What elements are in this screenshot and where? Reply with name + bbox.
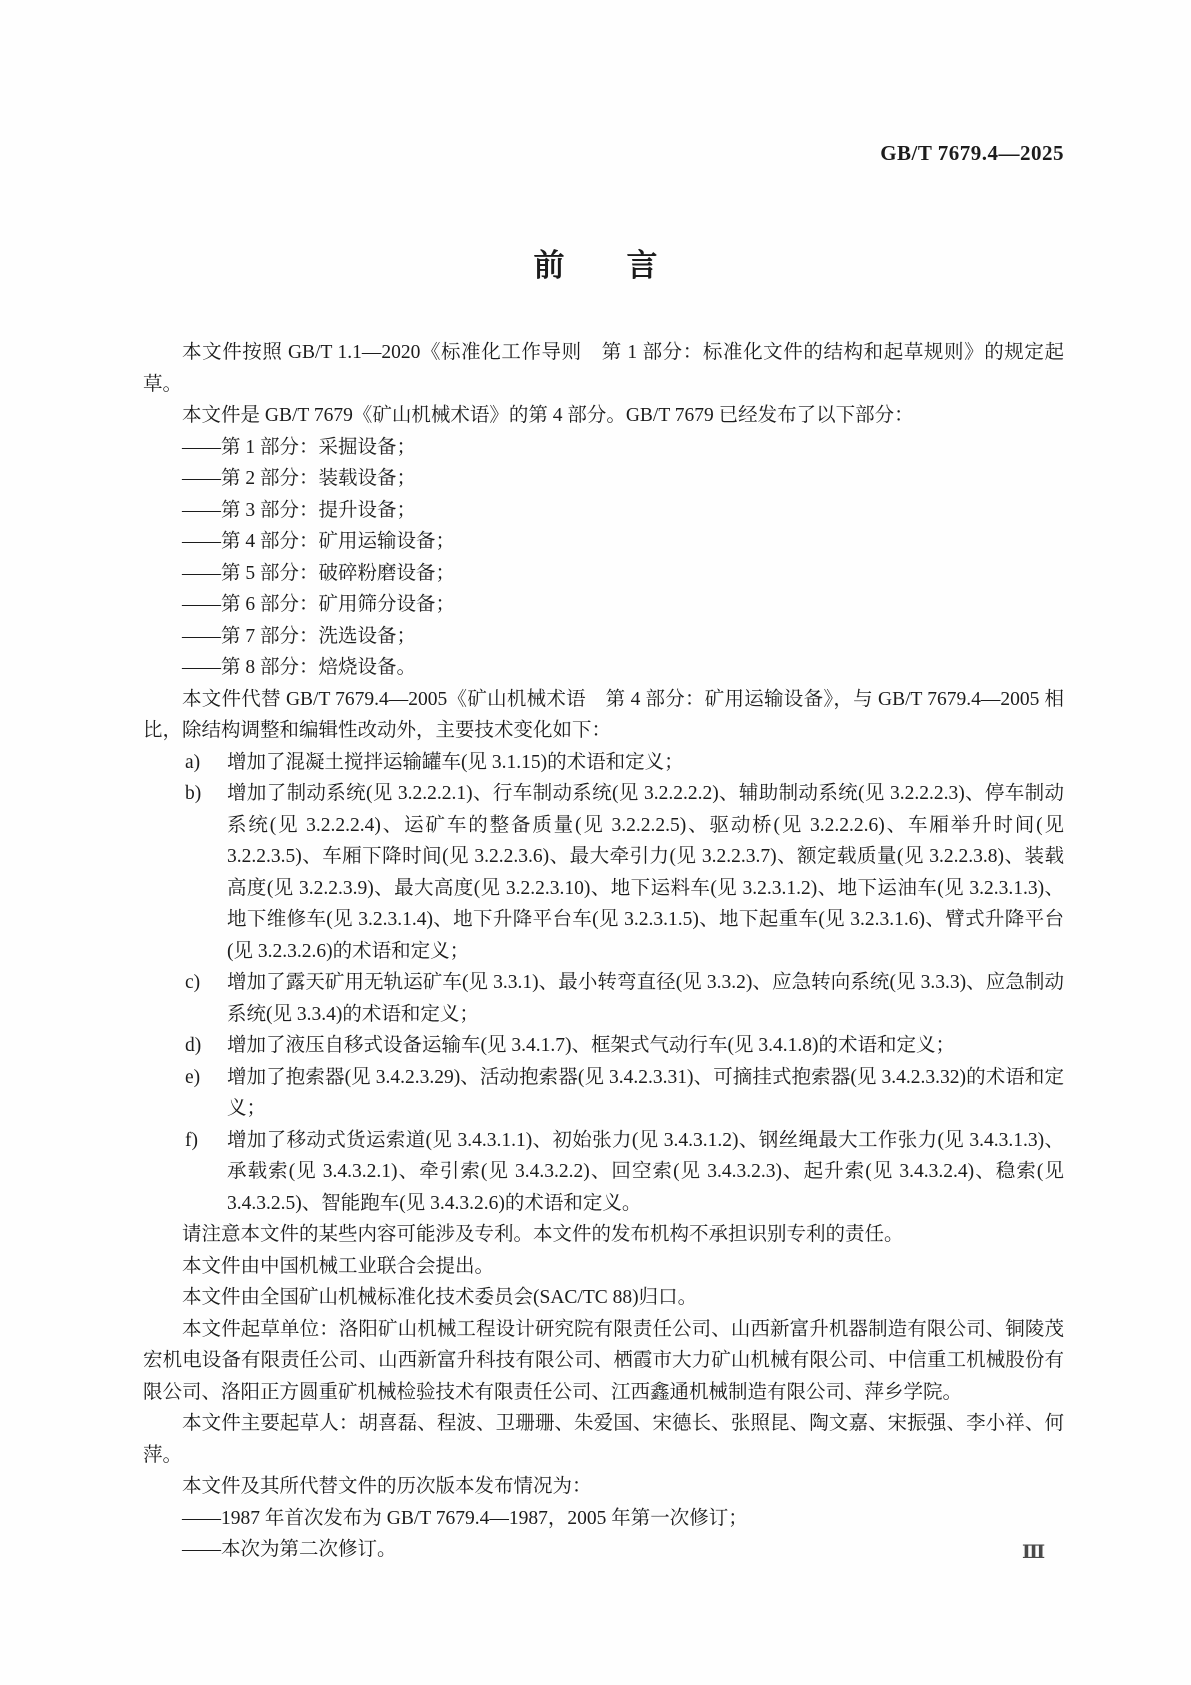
foreword-title: 前 言 (0, 240, 1191, 285)
foreword-paragraph: 本文件按照 GB/T 1.1—2020《标准化工作导则 第 1 部分：标准化文件… (143, 337, 1064, 400)
foreword-paragraph: 本文件由中国机械工业联合会提出。 (143, 1251, 1064, 1283)
list-marker: b) (185, 778, 201, 810)
dash-list-item: ——第 5 部分：破碎粉磨设备； (143, 558, 1064, 590)
lettered-list-item-e: e)增加了抱索器(见 3.4.2.3.29)、活动抱索器(见 3.4.2.3.3… (143, 1062, 1064, 1125)
list-marker: a) (185, 747, 200, 779)
lettered-list-item-b: b)增加了制动系统(见 3.2.2.2.1)、行车制动系统(见 3.2.2.2.… (143, 778, 1064, 967)
dash-list-item: ——本次为第二次修订。 (143, 1534, 1064, 1566)
foreword-paragraph: 本文件由全国矿山机械标准化技术委员会(SAC/TC 88)归口。 (143, 1282, 1064, 1314)
foreword-paragraph: 本文件起草单位：洛阳矿山机械工程设计研究院有限责任公司、山西新富升机器制造有限公… (143, 1314, 1064, 1409)
dash-list-item: ——第 1 部分：采掘设备； (143, 432, 1064, 464)
foreword-paragraph: 本文件是 GB/T 7679《矿山机械术语》的第 4 部分。GB/T 7679 … (143, 400, 1064, 432)
list-item-text: 增加了混凝土搅拌运输罐车(见 3.1.15)的术语和定义； (227, 752, 684, 773)
lettered-list-item-d: d)增加了液压自移式设备运输车(见 3.4.1.7)、框架式气动行车(见 3.4… (143, 1030, 1064, 1062)
foreword-paragraph: 本文件主要起草人：胡喜磊、程波、卫珊珊、朱爱国、宋德长、张照昆、陶文嘉、宋振强、… (143, 1408, 1064, 1471)
list-item-text: 增加了液压自移式设备运输车(见 3.4.1.7)、框架式气动行车(见 3.4.1… (227, 1035, 955, 1056)
dash-list-item: ——第 4 部分：矿用运输设备； (143, 526, 1064, 558)
dash-list-item: ——第 8 部分：焙烧设备。 (143, 652, 1064, 684)
dash-list-item: ——1987 年首次发布为 GB/T 7679.4—1987，2005 年第一次… (143, 1503, 1064, 1535)
dash-list-item: ——第 3 部分：提升设备； (143, 495, 1064, 527)
list-marker: d) (185, 1030, 201, 1062)
page-number: Ⅲ (1022, 1541, 1045, 1564)
list-item-text: 增加了移动式货运索道(见 3.4.3.1.1)、初始张力(见 3.4.3.1.2… (227, 1130, 1064, 1214)
lettered-list-item-c: c)增加了露天矿用无轨运矿车(见 3.3.1)、最小转弯直径(见 3.3.2)、… (143, 967, 1064, 1030)
list-marker: e) (185, 1062, 200, 1094)
lettered-list-item-f: f)增加了移动式货运索道(见 3.4.3.1.1)、初始张力(见 3.4.3.1… (143, 1125, 1064, 1220)
foreword-paragraph: 本文件及其所代替文件的历次版本发布情况为： (143, 1471, 1064, 1503)
list-item-text: 增加了露天矿用无轨运矿车(见 3.3.1)、最小转弯直径(见 3.3.2)、应急… (227, 972, 1064, 1025)
foreword-paragraph: 本文件代替 GB/T 7679.4—2005《矿山机械术语 第 4 部分：矿用运… (143, 684, 1064, 747)
dash-list-item: ——第 2 部分：装载设备； (143, 463, 1064, 495)
dash-list-item: ——第 7 部分：洗选设备； (143, 621, 1064, 653)
foreword-paragraph: 请注意本文件的某些内容可能涉及专利。本文件的发布机构不承担识别专利的责任。 (143, 1219, 1064, 1251)
dash-list-item: ——第 6 部分：矿用筛分设备； (143, 589, 1064, 621)
list-item-text: 增加了制动系统(见 3.2.2.2.1)、行车制动系统(见 3.2.2.2.2)… (227, 783, 1064, 962)
list-item-text: 增加了抱索器(见 3.4.2.3.29)、活动抱索器(见 3.4.2.3.31)… (227, 1067, 1064, 1120)
document-page: GB/T 7679.4—2025 前 言 本文件按照 GB/T 1.1—2020… (0, 0, 1191, 1685)
foreword-body: 本文件按照 GB/T 1.1—2020《标准化工作导则 第 1 部分：标准化文件… (143, 337, 1064, 1566)
list-marker: f) (185, 1125, 198, 1157)
list-marker: c) (185, 967, 200, 999)
lettered-list-item-a: a)增加了混凝土搅拌运输罐车(见 3.1.15)的术语和定义； (143, 747, 1064, 779)
standard-number: GB/T 7679.4—2025 (880, 141, 1064, 166)
